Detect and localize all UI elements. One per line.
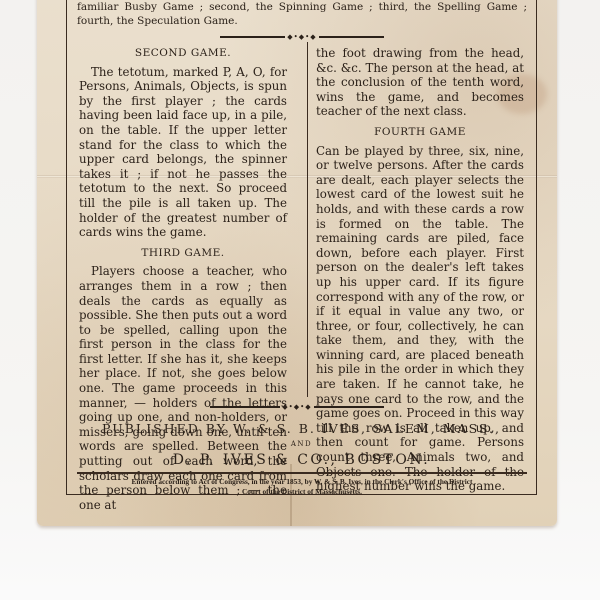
printed-border-frame: Animals, Objects. Four different games m… bbox=[66, 0, 537, 495]
copyright-notice: Entered according to Act of Congress, in… bbox=[71, 477, 533, 496]
document-sheet: Animals, Objects. Four different games m… bbox=[37, 0, 557, 526]
section-heading-fourth-game: FOURTH GAME bbox=[316, 125, 524, 140]
publisher-line-2: D. P. IVES & CO., BOSTON. bbox=[67, 452, 536, 468]
third-game-text-continued: the foot drawing from the head, &c. &c. … bbox=[316, 46, 524, 119]
second-game-text: The tetotum, marked P, A, O, for Persons… bbox=[79, 65, 287, 240]
copyright-line-2: Court of the District of Massachusetts. bbox=[71, 487, 533, 497]
section-heading-third-game: THIRD GAME. bbox=[79, 246, 287, 261]
intro-text: familiar Busby Game ; second, the Spinni… bbox=[77, 1, 527, 27]
copyright-rule bbox=[77, 472, 527, 474]
ornament-icon: ◆•◆•◆ bbox=[287, 34, 316, 40]
copyright-line-1: Entered according to Act of Congress, in… bbox=[71, 477, 533, 487]
publisher-line-1: PUBLISHED BY W. & S. B. IVES, SALEM, MAS… bbox=[67, 421, 536, 436]
section-heading-second-game: SECOND GAME. bbox=[79, 46, 287, 61]
ornament-divider-bottom: ◆•◆•◆ bbox=[197, 404, 397, 410]
intro-paragraph: Animals, Objects. Four different games m… bbox=[77, 0, 527, 28]
column-divider bbox=[307, 42, 308, 397]
ornament-divider-top: ◆•◆•◆ bbox=[207, 34, 397, 40]
ornament-icon: ◆•◆•◆ bbox=[282, 404, 311, 410]
third-game-text: Players choose a teacher, who ar­ranges … bbox=[79, 264, 287, 512]
publisher-and: AND bbox=[67, 440, 536, 448]
